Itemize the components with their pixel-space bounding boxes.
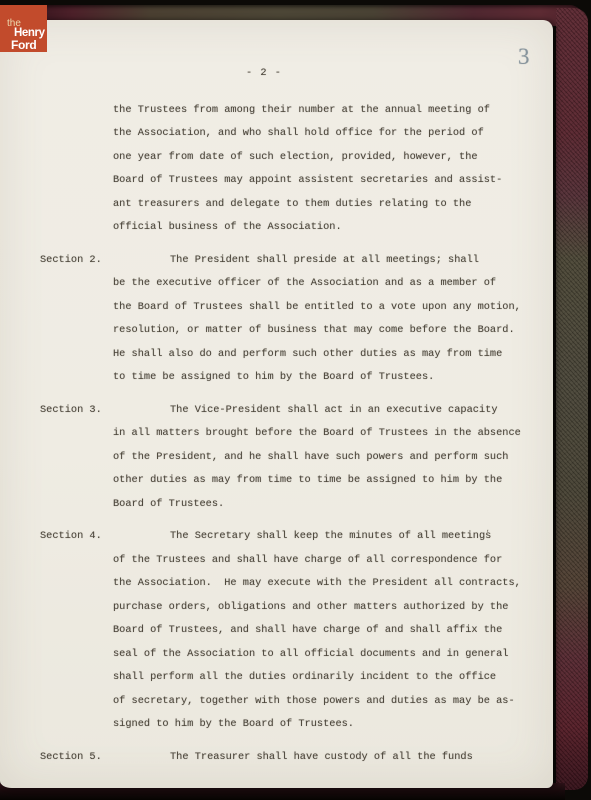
book-cover-right-edge xyxy=(556,8,588,790)
document-section: Section 3.The Vice-President shall act i… xyxy=(40,399,521,517)
text-line: the Trustees from among their number at … xyxy=(113,99,521,123)
text-line: The Treasurer shall have custody of all … xyxy=(113,746,521,770)
text-line: resolution, or matter of business that m… xyxy=(113,319,521,343)
document-section: Section 2.The President shall preside at… xyxy=(40,249,521,390)
text-line: purchase orders, obligations and other m… xyxy=(113,596,521,620)
text-line: one year from date of such election, pro… xyxy=(113,146,521,170)
section-paragraph: The Secretary shall keep the minutes of … xyxy=(113,525,521,737)
text-line: in all matters brought before the Board … xyxy=(113,422,521,446)
text-line: shall perform all the duties ordinarily … xyxy=(113,666,521,690)
text-line: the Board of Trustees shall be entitled … xyxy=(113,296,521,320)
logo-text-ford: Ford xyxy=(11,38,36,52)
text-line: ant treasurers and delegate to them duti… xyxy=(113,193,521,217)
page-header-number: - 2 - xyxy=(40,62,521,86)
section-paragraph: The Vice-President shall act in an execu… xyxy=(113,399,521,517)
text-line: Board of Trustees, and shall have charge… xyxy=(113,619,521,643)
text-line: official business of the Association. xyxy=(113,216,521,240)
section-paragraph: The President shall preside at all meeti… xyxy=(113,249,521,390)
henry-ford-logo: the Henry Ford xyxy=(0,5,47,52)
text-line: signed to him by the Board of Trustees. xyxy=(113,713,521,737)
text-line: The President shall preside at all meeti… xyxy=(113,249,521,273)
text-line: The Vice-President shall act in an execu… xyxy=(113,399,521,423)
text-line: of the President, and he shall have such… xyxy=(113,446,521,470)
section-label: Section 3. xyxy=(40,399,102,423)
section-label: Section 5. xyxy=(40,746,102,770)
document-page: 3 ′ - 2 - the Trustees from among their … xyxy=(0,20,553,788)
text-line: He shall also do and perform such other … xyxy=(113,343,521,367)
text-line: be the executive officer of the Associat… xyxy=(113,272,521,296)
text-line: seal of the Association to all official … xyxy=(113,643,521,667)
section-paragraph: the Trustees from among their number at … xyxy=(113,99,521,240)
typewritten-content: - 2 - the Trustees from among their numb… xyxy=(40,62,521,778)
text-line: of the Trustees and shall have charge of… xyxy=(113,549,521,573)
document-section: Section 4.The Secretary shall keep the m… xyxy=(40,525,521,737)
text-line: of secretary, together with those powers… xyxy=(113,690,521,714)
section-label: Section 2. xyxy=(40,249,102,273)
text-line: the Association, and who shall hold offi… xyxy=(113,122,521,146)
section-label: Section 4. xyxy=(40,525,102,549)
text-line: the Association. He may execute with the… xyxy=(113,572,521,596)
text-line: The Secretary shall keep the minutes of … xyxy=(113,525,521,549)
text-line: Board of Trustees may appoint assistent … xyxy=(113,169,521,193)
document-section: Section 5.The Treasurer shall have custo… xyxy=(40,746,521,770)
sections-container: the Trustees from among their number at … xyxy=(40,99,521,770)
text-line: to time be assigned to him by the Board … xyxy=(113,366,521,390)
document-section: the Trustees from among their number at … xyxy=(40,99,521,240)
text-line: other duties as may from time to time be… xyxy=(113,469,521,493)
text-line: Board of Trustees. xyxy=(113,493,521,517)
section-paragraph: The Treasurer shall have custody of all … xyxy=(113,746,521,770)
